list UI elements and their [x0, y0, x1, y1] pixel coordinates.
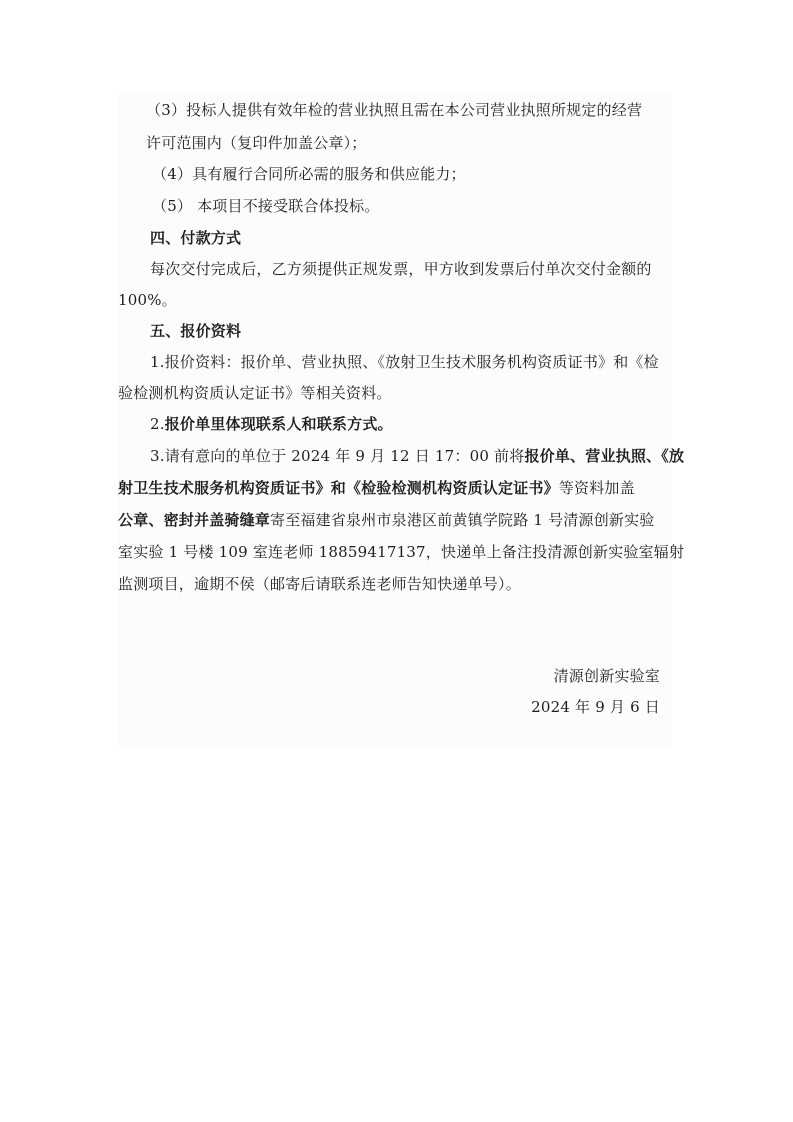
section-5-p3-line-5: 监测项目，逾期不侯（邮寄后请联系连老师告知快递单号）。 [118, 574, 521, 594]
section-5-p3-line-1: 3.请有意向的单位于 2024 年 9 月 12 日 17：00 前将报价单、营… [150, 446, 684, 466]
p3-line-2-normal: 等资料加盖 [559, 479, 635, 497]
item-4: （4）具有履行合同所必需的服务和供应能力； [152, 164, 466, 184]
p3-line-3-normal: 寄至福建省泉州市泉港区前黄镇学院路 1 号清源创新实验 [270, 511, 654, 529]
item-3-line-2: 许可范围内（复印件加盖公章）； [146, 133, 367, 153]
signature-date: 2024 年 9 月 6 日 [480, 697, 660, 717]
section-5-p3-line-4: 室实验 1 号楼 109 室连老师 18859417137，快递单上备注投清源创… [118, 542, 684, 562]
section-5-p3-line-3: 公章、密封并盖骑缝章寄至福建省泉州市泉港区前黄镇学院路 1 号清源创新实验 [118, 510, 655, 530]
section-5-heading: 五、报价资料 [150, 321, 241, 341]
item-3-line-1: （3）投标人提供有效年检的营业执照且需在本公司营业执照所规定的经营 [146, 100, 642, 120]
item-5: （5） 本项目不接受联合体投标。 [152, 196, 380, 216]
p3-line-2-bold: 射卫生技术服务机构资质证书》和《检验检测机构资质认定证书》 [118, 479, 559, 497]
section-4-para-line-1: 每次交付完成后，乙方须提供正规发票，甲方收到发票后付单次交付金额的 [150, 259, 652, 279]
p3-line-3-bold: 公章、密封并盖骑缝章 [118, 511, 270, 529]
section-4-para-line-2: 100%。 [118, 290, 177, 310]
section-5-p3-line-2: 射卫生技术服务机构资质证书》和《检验检测机构资质认定证书》等资料加盖 [118, 478, 635, 498]
signature-org: 清源创新实验室 [480, 666, 660, 686]
section-5-p2: 2.报价单里体现联系人和联系方式。 [150, 414, 393, 434]
p2-number: 2. [150, 415, 165, 433]
p2-bold-text: 报价单里体现联系人和联系方式。 [165, 415, 393, 433]
p3-line-1-normal: 3.请有意向的单位于 2024 年 9 月 12 日 17：00 前将 [150, 447, 524, 465]
p3-line-1-bold: 报价单、营业执照、《放 [524, 447, 684, 465]
section-5-p1-line-2: 验检测机构资质认定证书》等相关资料。 [118, 383, 392, 403]
section-5-p1-line-1: 1.报价资料：报价单、营业执照、《放射卫生技术服务机构资质证书》和《检 [150, 352, 659, 372]
section-4-heading: 四、付款方式 [150, 228, 241, 248]
